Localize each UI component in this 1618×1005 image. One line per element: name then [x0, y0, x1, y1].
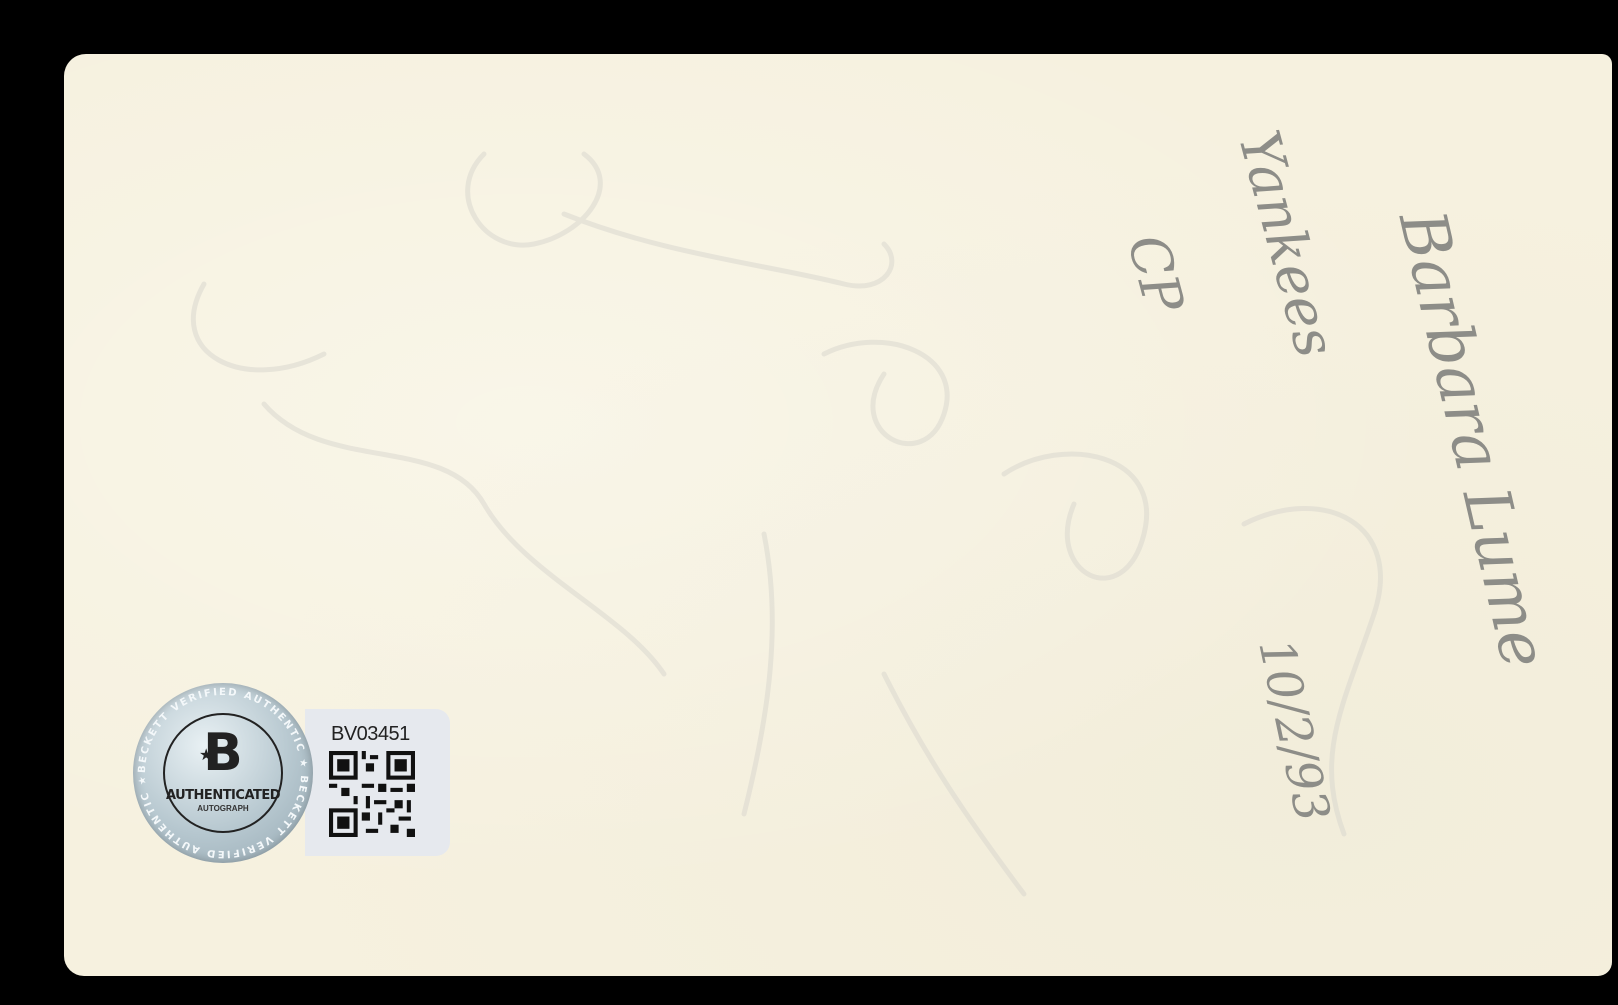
beckett-hologram: BECKETT VERIFIED AUTHENTIC ★ BECKETT VER… [133, 683, 313, 863]
star-icon: ★ [199, 745, 213, 764]
autograph-label: AUTOGRAPH [133, 804, 313, 813]
qr-code-icon [329, 751, 415, 837]
serial-number: BV03451 [331, 723, 410, 746]
authentication-tag: BV03451 [305, 709, 450, 856]
beckett-logo: ★ B [133, 723, 313, 783]
authenticated-label: AUTHENTICATED [133, 788, 313, 803]
